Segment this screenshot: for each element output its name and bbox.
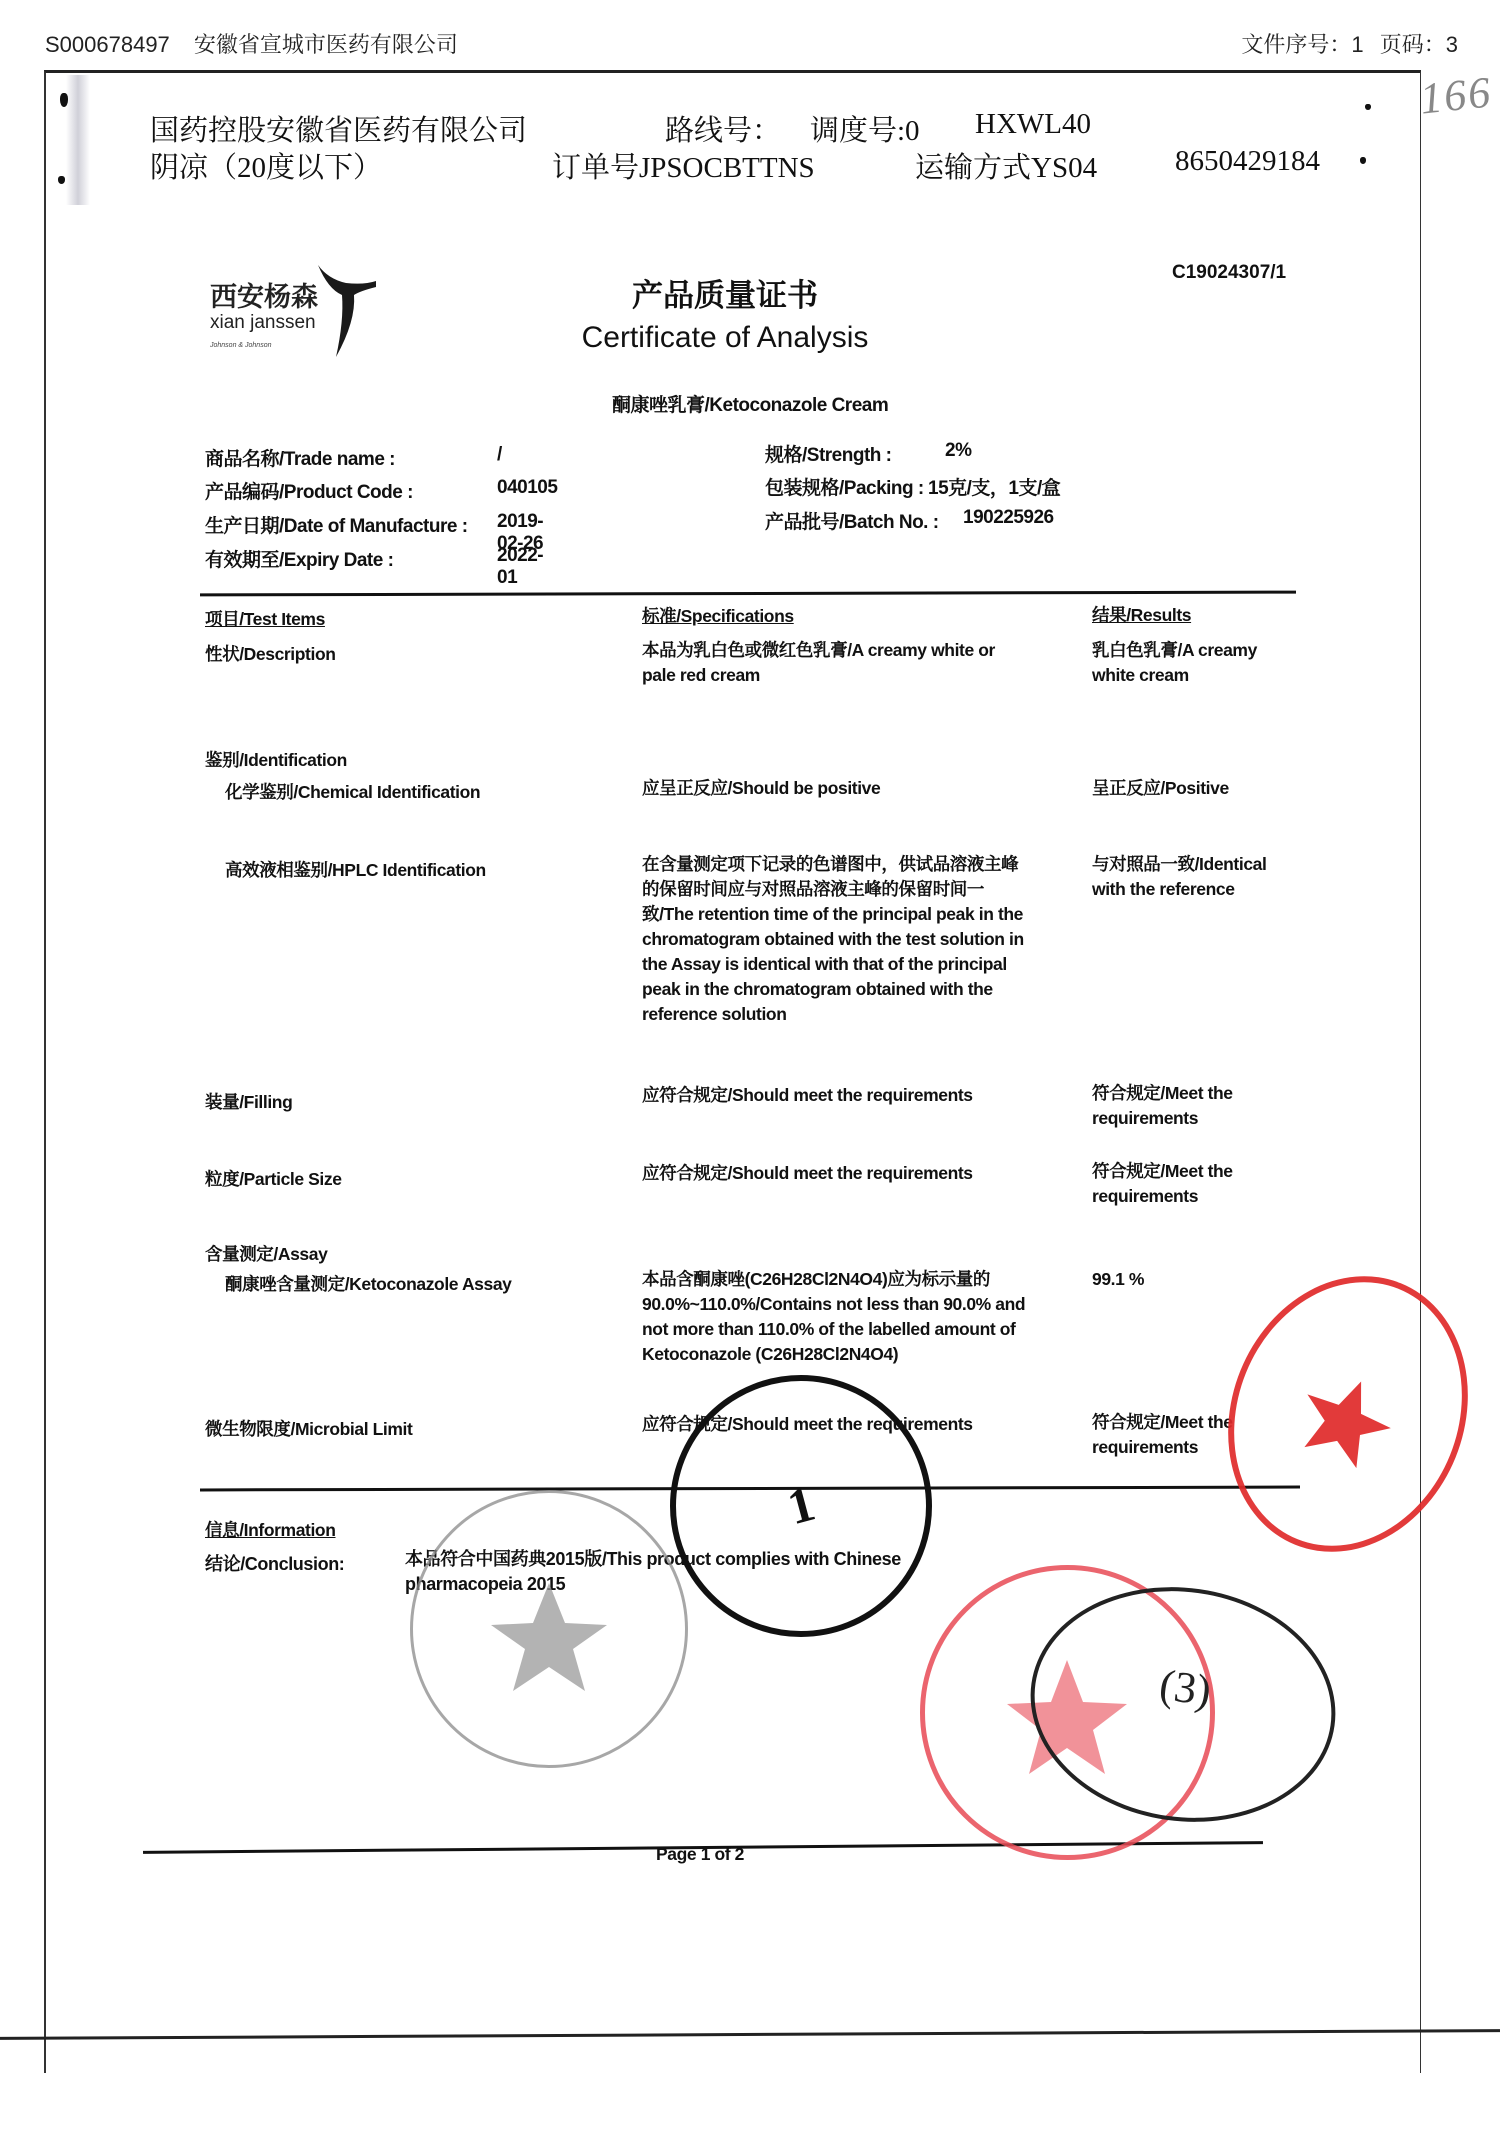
row-spec-particle-size: 应符合规定/Should meet the requirements [642,1161,973,1186]
row-spec-filling: 应符合规定/Should meet the requirements [642,1083,973,1108]
row-result-ketoconazole-assay: 99.1 % [1092,1267,1144,1292]
row-result-filling: 符合规定/Meet the requirements [1092,1081,1262,1131]
product-name: 酮康唑乳膏/Ketoconazole Cream [612,390,888,417]
trade-name-value: / [497,444,502,466]
batch-label: 产品批号/Batch No. : [765,507,939,534]
row-spec-description: 本品为乳白色或微红色乳膏/A creamy white or pale red … [642,638,1027,688]
row-spec-chemical-id: 应呈正反应/Should be positive [642,776,880,801]
product-code-value: 040105 [497,477,557,499]
transport-mode: 运输方式YS04 [915,145,1097,186]
slip-number: 8650429184 [1175,145,1320,178]
header-results: 结果/Results [1092,603,1191,628]
header-company: 安徽省宣城市医药有限公司 [194,32,458,57]
header-specifications: 标准/Specifications [642,604,794,629]
certificate-number: C19024307/1 [1172,262,1286,284]
packing-value: 15克/支，1支/盒 [928,473,1060,500]
row-item-chemical-id: 化学鉴别/Chemical Identification [225,780,480,805]
star-icon [413,1493,685,1765]
row-result-description: 乳白色乳膏/A creamy white cream [1092,638,1287,688]
row-item-filling: 装量/Filling [205,1090,292,1115]
route-code: HXWL40 [975,108,1091,141]
row-result-chemical-id: 呈正反应/Positive [1092,776,1229,801]
row-item-hplc-id: 高效液相鉴别/HPLC Identification [225,858,486,883]
strength-label: 规格/Strength : [765,440,892,467]
conclusion-label: 结论/Conclusion: [205,1552,344,1577]
row-item-particle-size: 粒度/Particle Size [205,1167,342,1192]
page-indicator: Page 1 of 2 [656,1842,744,1867]
expiry-date-value: 2022-01 [497,545,543,589]
order-number: 订单号JPSOCBTTNS [552,145,815,186]
punch-mark [60,93,68,107]
scan-dot [1365,104,1371,110]
trade-name-label: 商品名称/Trade name : [205,449,395,470]
row-spec-hplc-id: 在含量测定项下记录的色谱图中，供试品溶液主峰的保留时间应与对照品溶液主峰的保留时… [642,852,1027,1027]
batch-value: 190225926 [963,507,1054,529]
expiry-date-label: 有效期至/Expiry Date : [205,545,393,572]
row-item-assay: 含量测定/Assay [205,1242,327,1267]
punch-mark [58,176,65,184]
stamp-sinopharm-gray [410,1490,688,1768]
information-heading: 信息/Information [205,1518,336,1543]
dispatch-no: 调度号:0 [810,108,920,149]
certificate-title-en: Certificate of Analysis [0,321,1500,355]
row-item-microbial-limit: 微生物限度/Microbial Limit [205,1417,412,1442]
product-code-label: 产品编码/Product Code : [205,477,413,504]
scan-doc-id: S000678497 安徽省宣城市医药有限公司 [45,28,458,59]
strength-value: 2% [945,440,971,462]
scan-shadow [66,75,90,205]
row-item-description: 性状/Description [205,642,336,667]
packing-label: 包装规格/Packing : [765,473,924,500]
storage-condition: 阴凉（20度以下） [150,145,382,186]
row-result-hplc-id: 与对照品一致/Identical with the reference [1092,852,1287,902]
row-result-particle-size: 符合规定/Meet the requirements [1092,1159,1262,1209]
stamp-xian-janssen-quality: 1 [670,1375,932,1637]
route-no: 路线号： [665,108,781,149]
row-spec-ketoconazole-assay: 本品含酮康唑(C26H28Cl2N4O4)应为标示量的90.0%~110.0%/… [642,1267,1027,1367]
doc-id: S000678497 [45,32,170,57]
header-test-items: 项目/Test Items [205,607,325,632]
scan-dot [1360,157,1366,164]
supplier-name: 国药控股安徽省医药有限公司 [150,108,527,149]
row-item-identification: 鉴别/Identification [205,748,347,773]
row-item-ketoconazole-assay: 酮康唑含量测定/Ketoconazole Assay [225,1272,512,1297]
handwritten-note: 166 [1418,66,1495,124]
scan-page-info: 文件序号：1 页码：3 [1241,28,1458,59]
page-no: 页码：3 [1380,32,1458,57]
file-seq: 文件序号：1 [1241,32,1363,57]
manufacture-date-label: 生产日期/Date of Manufacture : [205,511,468,538]
